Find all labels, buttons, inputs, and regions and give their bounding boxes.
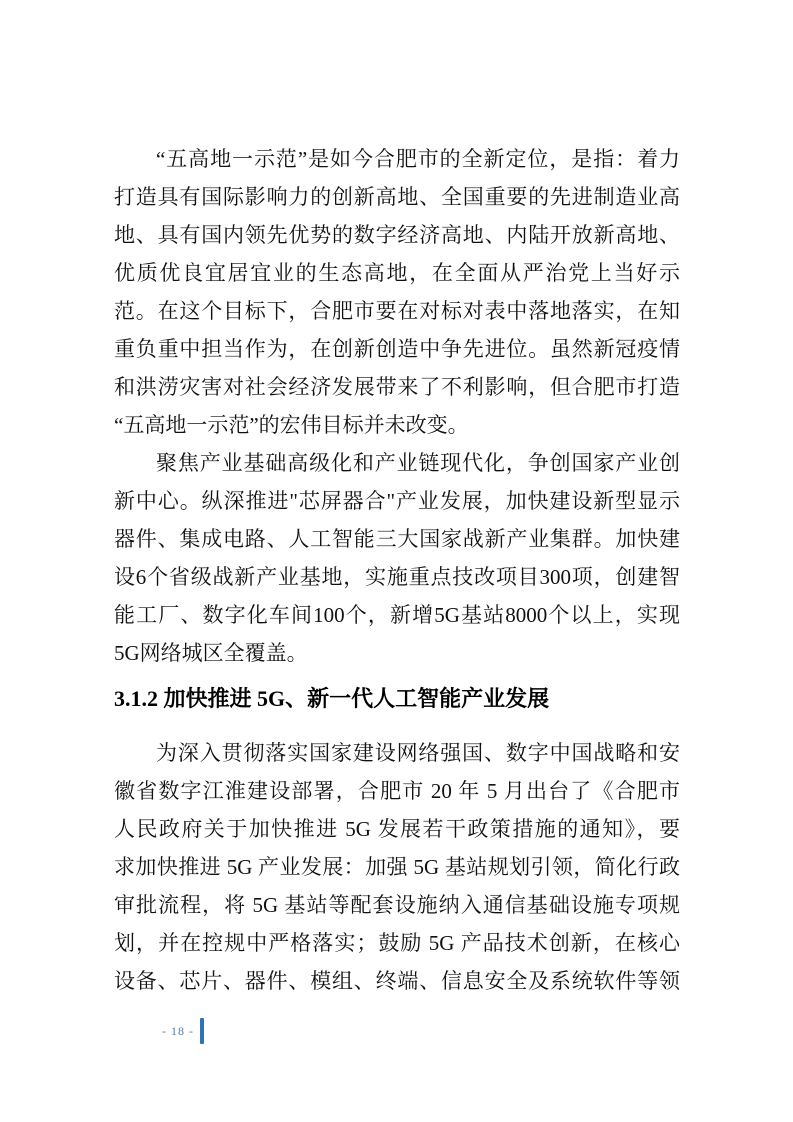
document-content[interactable]: “五高地一示范”是如今合肥市的全新定位，是指：着力打造具有国际影响力的创新高地、… <box>114 140 680 1000</box>
text-line: 新中心。纵深推进"芯屏器合"产业发展，加快建设新型显示 <box>114 482 680 520</box>
text-line: 求加快推进 5G 产业发展：加强 5G 基站规划引领，简化行政 <box>114 848 680 886</box>
text-line: “五高地一示范”是如今合肥市的全新定位，是指：着力 <box>114 140 680 178</box>
paragraph: 为深入贯彻落实国家建设网络强国、数字中国战略和安徽省数字江淮建设部署，合肥市 2… <box>114 734 680 1000</box>
paragraph: 聚焦产业基础高级化和产业链现代化，争创国家产业创新中心。纵深推进"芯屏器合"产业… <box>114 444 680 672</box>
text-line: 能工厂、数字化车间100个，新增5G基站8000个以上，实现 <box>114 596 680 634</box>
page-number: - 18 - <box>162 1023 194 1039</box>
text-line: 人民政府关于加快推进 5G 发展若干政策措施的通知》，要 <box>114 810 680 848</box>
text-line: 范。在这个目标下，合肥市要在对标对表中落地落实，在知 <box>114 292 680 330</box>
text-line: 器件、集成电路、人工智能三大国家战新产业集群。加快建 <box>114 520 680 558</box>
text-line: 优质优良宜居宜业的生态高地，在全面从严治党上当好示 <box>114 254 680 292</box>
text-line: 地、具有国内领先优势的数字经济高地、内陆开放新高地、 <box>114 216 680 254</box>
text-line: 打造具有国际影响力的创新高地、全国重要的先进制造业高 <box>114 178 680 216</box>
text-line: 徽省数字江淮建设部署，合肥市 20 年 5 月出台了《合肥市 <box>114 772 680 810</box>
text-line: 5G网络城区全覆盖。 <box>114 634 680 672</box>
document-page: “五高地一示范”是如今合肥市的全新定位，是指：着力打造具有国际影响力的创新高地、… <box>0 0 793 1122</box>
text-line: 设备、芯片、器件、模组、终端、信息安全及系统软件等领 <box>114 962 680 1000</box>
paragraph: “五高地一示范”是如今合肥市的全新定位，是指：着力打造具有国际影响力的创新高地、… <box>114 140 680 444</box>
text-line: 重负重中担当作为，在创新创造中争先进位。虽然新冠疫情 <box>114 330 680 368</box>
page-footer: - 18 - <box>162 1017 204 1045</box>
text-line: 为深入贯彻落实国家建设网络强国、数字中国战略和安 <box>114 734 680 772</box>
text-cursor <box>200 1018 204 1044</box>
section-heading: 3.1.2 加快推进 5G、新一代人工智能产业发展 <box>114 683 680 715</box>
text-line: 设6个省级战新产业基地，实施重点技改项目300项，创建智 <box>114 558 680 596</box>
text-line: 划，并在控规中严格落实；鼓励 5G 产品技术创新，在核心 <box>114 924 680 962</box>
text-line: 聚焦产业基础高级化和产业链现代化，争创国家产业创 <box>114 444 680 482</box>
text-line: 和洪涝灾害对社会经济发展带来了不利影响，但合肥市打造 <box>114 368 680 406</box>
text-line: 审批流程，将 5G 基站等配套设施纳入通信基础设施专项规 <box>114 886 680 924</box>
text-line: “五高地一示范”的宏伟目标并未改变。 <box>114 406 680 444</box>
